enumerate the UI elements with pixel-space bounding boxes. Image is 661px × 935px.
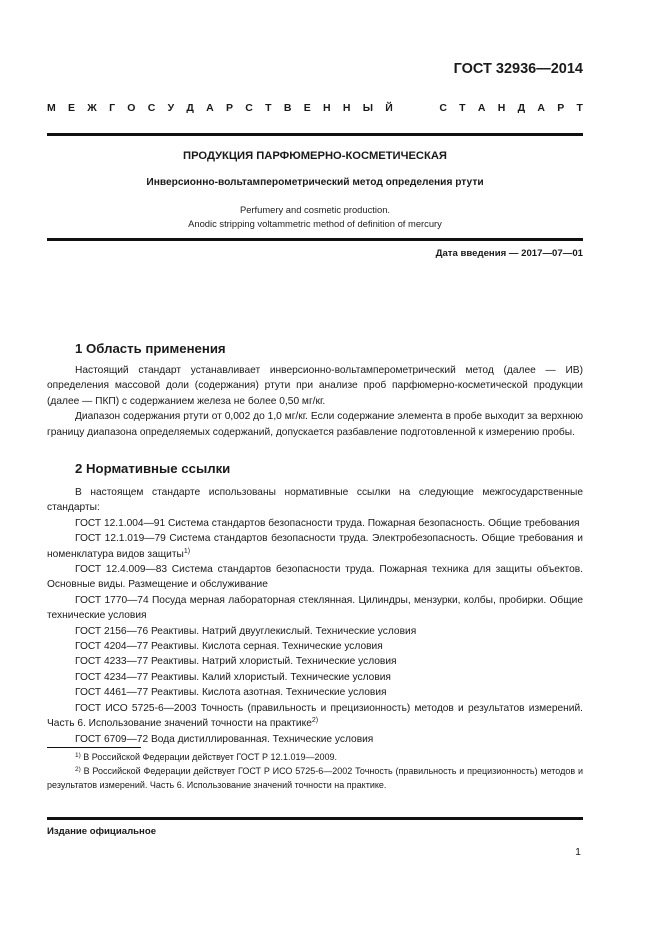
- reference-text: ГОСТ 12.4.009—83 Система стандартов безо…: [47, 564, 583, 590]
- banner-left-letter: Т: [265, 102, 271, 114]
- introduction-date: Дата введения — 2017—07—01: [436, 248, 583, 259]
- page-number: 1: [575, 846, 581, 858]
- reference-text: ГОСТ 6709—72 Вода дистиллированная. Техн…: [75, 734, 373, 745]
- reference-text: ГОСТ 4234—77 Реактивы. Калий хлористый. …: [75, 672, 391, 683]
- footnote-item: 1) В Российской Федерации действует ГОСТ…: [47, 750, 583, 764]
- banner-right-letter: Д: [518, 102, 525, 114]
- english-title: Perfumery and cosmetic production. Anodi…: [47, 203, 583, 231]
- reference-item: ГОСТ 4204—77 Реактивы. Кислота серная. Т…: [47, 639, 583, 654]
- reference-item: ГОСТ 1770—74 Посуда мерная лабораторная …: [47, 593, 583, 624]
- english-title-line-2: Anodic stripping voltammetric method of …: [47, 217, 583, 231]
- reference-item: ГОСТ 6709—72 Вода дистиллированная. Техн…: [47, 732, 583, 747]
- standard-type-banner: МЕЖГОСУДАРСТВЕННЫЙСТАНДАРТ: [47, 102, 583, 114]
- footer-rule: [47, 817, 583, 820]
- footnote-mark: 2): [75, 766, 81, 773]
- banner-left-letter: Г: [109, 102, 115, 114]
- reference-item: ГОСТ 2156—76 Реактивы. Натрий двууглекис…: [47, 624, 583, 639]
- reference-item: ГОСТ 12.4.009—83 Система стандартов безо…: [47, 562, 583, 593]
- banner-right-letter: Т: [576, 102, 582, 114]
- banner-right-letter: А: [478, 102, 486, 114]
- banner-left-letter: В: [284, 102, 292, 114]
- banner-left-letter: А: [206, 102, 214, 114]
- banner-left-letter: Д: [186, 102, 193, 114]
- reference-item: ГОСТ 12.1.019—79 Система стандартов безо…: [47, 531, 583, 562]
- reference-item: ГОСТ ИСО 5725-6—2003 Точность (правильно…: [47, 701, 583, 732]
- banner-left-letter: М: [47, 102, 56, 114]
- english-title-line-1: Perfumery and cosmetic production.: [47, 203, 583, 217]
- document-page: ГОСТ 32936—2014 МЕЖГОСУДАРСТВЕННЫЙСТАНДА…: [0, 0, 661, 935]
- footnote-mark: 1): [75, 752, 81, 759]
- reference-text: ГОСТ 2156—76 Реактивы. Натрий двууглекис…: [75, 626, 416, 637]
- banner-left-letter: С: [245, 102, 253, 114]
- banner-gap: [405, 102, 427, 114]
- reference-text: ГОСТ 12.1.004—91 Система стандартов безо…: [75, 518, 580, 529]
- footnotes: 1) В Российской Федерации действует ГОСТ…: [47, 750, 583, 792]
- footnote-text: В Российской Федерации действует ГОСТ Р …: [83, 752, 337, 762]
- edition-label: Издание официальное: [47, 826, 156, 837]
- paragraph: Настоящий стандарт устанавливает инверси…: [47, 363, 583, 409]
- footnote-reference[interactable]: 1): [184, 548, 190, 555]
- document-code: ГОСТ 32936—2014: [454, 61, 583, 77]
- banner-left-letter: Н: [343, 102, 351, 114]
- banner-right-letter: Т: [459, 102, 465, 114]
- title-rule: [47, 238, 583, 241]
- reference-item: ГОСТ 12.1.004—91 Система стандартов безо…: [47, 516, 583, 531]
- footnote-separator: [47, 747, 141, 748]
- paragraph: В настоящем стандарте использованы норма…: [47, 485, 583, 516]
- banner-left-letter: Е: [304, 102, 311, 114]
- banner-left-letter: Ж: [87, 102, 97, 114]
- banner-left-letter: О: [127, 102, 135, 114]
- method-title: Инверсионно-вольтамперометрический метод…: [47, 177, 583, 188]
- banner-right-letter: Р: [557, 102, 564, 114]
- reference-text: ГОСТ 12.1.019—79 Система стандартов безо…: [47, 533, 583, 559]
- banner-right-letter: С: [439, 102, 447, 114]
- banner-left-letter: С: [148, 102, 156, 114]
- paragraph: Диапазон содержания ртути от 0,002 до 1,…: [47, 409, 583, 440]
- banner-right-letter: А: [537, 102, 545, 114]
- banner-left-letter: Р: [226, 102, 233, 114]
- footnote-text: В Российской Федерации действует ГОСТ Р …: [47, 766, 583, 790]
- reference-text: ГОСТ 1770—74 Посуда мерная лабораторная …: [47, 595, 583, 621]
- reference-item: ГОСТ 4461—77 Реактивы. Кислота азотная. …: [47, 685, 583, 700]
- header-rule: [47, 133, 583, 136]
- section-heading-scope: 1 Область применения: [75, 341, 226, 356]
- banner-left-letter: Й: [385, 102, 393, 114]
- section-body-scope: Настоящий стандарт устанавливает инверси…: [47, 363, 583, 440]
- banner-left-letter: Н: [323, 102, 331, 114]
- product-title: ПРОДУКЦИЯ ПАРФЮМЕРНО-КОСМЕТИЧЕСКАЯ: [47, 150, 583, 162]
- banner-left-letter: У: [168, 102, 175, 114]
- banner-left-letter: Ы: [363, 102, 373, 114]
- footnote-reference[interactable]: 2): [312, 717, 318, 724]
- reference-text: ГОСТ 4461—77 Реактивы. Кислота азотная. …: [75, 687, 387, 698]
- section-body-references: В настоящем стандарте использованы норма…: [47, 485, 583, 747]
- footnote-item: 2) В Российской Федерации действует ГОСТ…: [47, 764, 583, 792]
- banner-left-letter: Е: [68, 102, 75, 114]
- reference-text: ГОСТ 4204—77 Реактивы. Кислота серная. Т…: [75, 641, 383, 652]
- banner-right-letter: Н: [498, 102, 506, 114]
- reference-item: ГОСТ 4233—77 Реактивы. Натрий хлористый.…: [47, 654, 583, 669]
- reference-text: ГОСТ ИСО 5725-6—2003 Точность (правильно…: [47, 703, 583, 729]
- reference-text: ГОСТ 4233—77 Реактивы. Натрий хлористый.…: [75, 656, 397, 667]
- reference-item: ГОСТ 4234—77 Реактивы. Калий хлористый. …: [47, 670, 583, 685]
- section-heading-references: 2 Нормативные ссылки: [75, 461, 230, 476]
